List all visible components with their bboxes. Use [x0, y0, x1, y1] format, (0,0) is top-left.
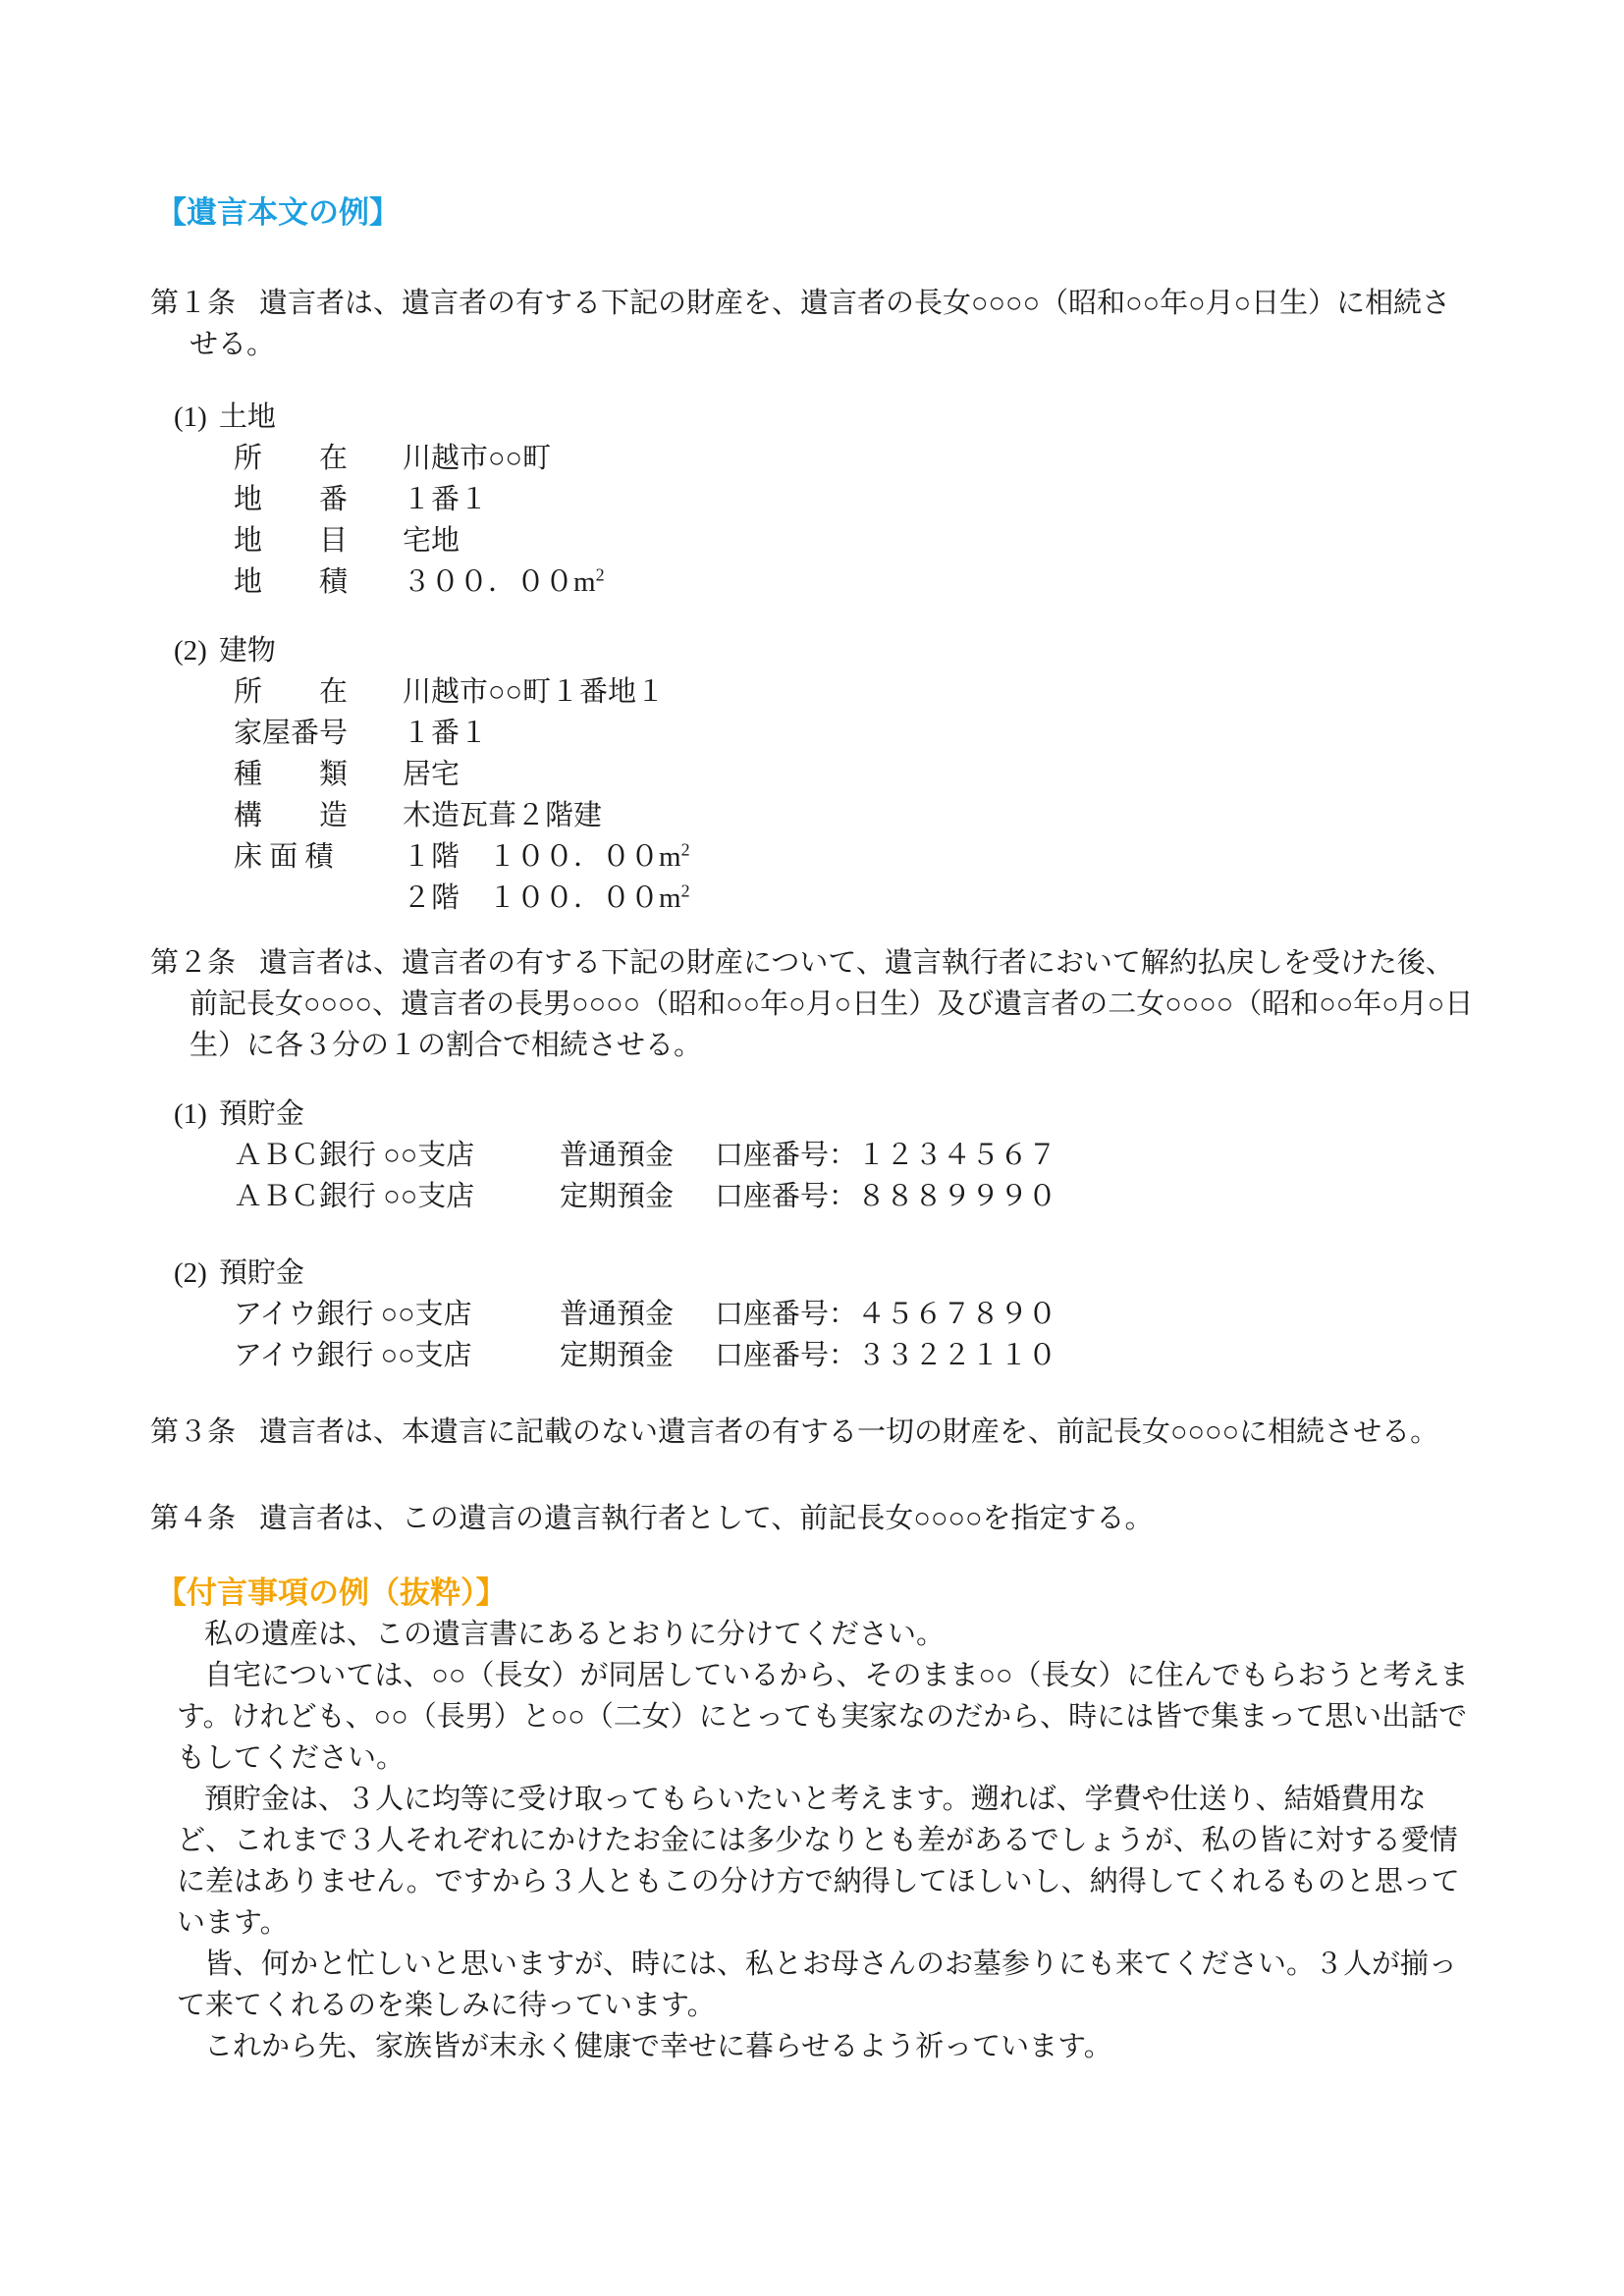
square-meter-unit: m2: [573, 566, 605, 598]
deposits-2-heading-name: 預貯金: [219, 1257, 304, 1289]
area-number: １階 １００．００: [403, 841, 659, 873]
bank-account-row: アイウ銀行 ○○支店普通預金口座番号：４５６７８９０: [234, 1294, 1477, 1335]
property-row: 地 番１番１: [234, 479, 1477, 520]
deposits-1-heading-number: (1): [174, 1098, 207, 1130]
area-number: ３００．００: [403, 566, 573, 598]
addendum-paragraph: 私の遺産は、この遺言書にあるとおりに分けてください。: [177, 1614, 1477, 1655]
deposits-1-heading: (1)預貯金: [174, 1094, 1477, 1135]
account-number: 口座番号：４５６７８９０: [715, 1294, 1056, 1335]
account-number: 口座番号：３３２２１１０: [715, 1335, 1056, 1376]
article-3: 第３条遺言者は、本遺言に記載のない遺言者の有する一切の財産を、前記長女○○○○に…: [150, 1412, 1477, 1453]
property-row: 床 面 積１階 １００．００m2: [234, 836, 1477, 878]
building-heading-number: (2): [174, 635, 207, 667]
property-row: 所 在川越市○○町: [234, 438, 1477, 479]
account-type: 定期預金: [560, 1335, 715, 1376]
article-1-text: 遺言者は、遺言者の有する下記の財産を、遺言者の長女○○○○（昭和○○年○月○日生…: [189, 288, 1450, 360]
building-heading-name: 建物: [219, 635, 276, 667]
article-1-label: 第１条: [150, 288, 236, 319]
deposits-block-2: (2)預貯金 アイウ銀行 ○○支店普通預金口座番号：４５６７８９０ アイウ銀行 …: [174, 1253, 1477, 1376]
article-1: 第１条遺言者は、遺言者の有する下記の財産を、遺言者の長女○○○○（昭和○○年○月…: [150, 283, 1477, 365]
article-2-label: 第２条: [150, 947, 236, 979]
addendum-body: 私の遺産は、この遺言書にあるとおりに分けてください。 自宅については、○○（長女…: [177, 1614, 1477, 2067]
bank-account-row: アイウ銀行 ○○支店定期預金口座番号：３３２２１１０: [234, 1335, 1477, 1376]
property-row: ２階 １００．００m2: [234, 878, 1477, 919]
property-value: 川越市○○町: [403, 443, 551, 474]
account-type: 普通預金: [560, 1135, 715, 1176]
unit-base: m: [659, 841, 681, 873]
property-value: 居宅: [403, 759, 460, 790]
property-label: 所 在: [234, 671, 350, 713]
square-meter-unit: m2: [659, 882, 690, 914]
unit-base: m: [659, 882, 681, 914]
property-row: 地 積３００．００m2: [234, 561, 1477, 603]
property-value: １番１: [403, 718, 488, 749]
property-label: 地 積: [234, 561, 350, 603]
article-4-text: 遺言者は、この遺言の遺言執行者として、前記長女○○○○を指定する。: [259, 1503, 1154, 1534]
land-block: (1)土地 所 在川越市○○町 地 番１番１ 地 目宅地 地 積３００．００m2: [174, 397, 1477, 603]
account-number: 口座番号：８８８９９９０: [715, 1176, 1056, 1217]
bank-account-row: ＡＢＣ銀行 ○○支店定期預金口座番号：８８８９９９０: [234, 1176, 1477, 1217]
property-label: 地 目: [234, 520, 350, 561]
property-value: ３００．００m2: [403, 566, 605, 598]
deposits-1-heading-name: 預貯金: [219, 1098, 304, 1130]
bank-branch: ＡＢＣ銀行 ○○支店: [234, 1176, 560, 1217]
building-block: (2)建物 所 在川越市○○町１番地１ 家屋番号１番１ 種 類居宅 構 造木造瓦…: [174, 630, 1477, 919]
property-label: 所 在: [234, 438, 350, 479]
unit-exponent: 2: [681, 839, 690, 859]
property-row: 種 類居宅: [234, 754, 1477, 795]
deposits-2-heading: (2)預貯金: [174, 1253, 1477, 1294]
addendum-paragraph: 預貯金は、３人に均等に受け取ってもらいたいと考えます。遡れば、学費や仕送り、結婚…: [177, 1779, 1477, 1944]
property-row: 所 在川越市○○町１番地１: [234, 671, 1477, 713]
article-3-text: 遺言者は、本遺言に記載のない遺言者の有する一切の財産を、前記長女○○○○に相続さ…: [259, 1416, 1438, 1448]
property-value: 木造瓦葺２階建: [403, 800, 602, 831]
main-section-title: 【遺言本文の例】: [156, 192, 1477, 234]
property-value: 川越市○○町１番地１: [403, 676, 665, 708]
article-4-label: 第４条: [150, 1503, 236, 1534]
article-2: 第２条遺言者は、遺言者の有する下記の財産について、遺言執行者において解約払戻しを…: [150, 942, 1477, 1066]
unit-base: m: [573, 566, 596, 598]
deposits-block-1: (1)預貯金 ＡＢＣ銀行 ○○支店普通預金口座番号：１２３４５６７ ＡＢＣ銀行 …: [174, 1094, 1477, 1217]
article-2-text: 遺言者は、遺言者の有する下記の財産について、遺言執行者において解約払戻しを受けた…: [189, 947, 1473, 1061]
square-meter-unit: m2: [659, 841, 690, 873]
property-label: 種 類: [234, 754, 350, 795]
property-label: 地 番: [234, 479, 350, 520]
land-heading-number: (1): [174, 401, 207, 433]
property-label: 家屋番号: [234, 713, 350, 754]
land-heading-name: 土地: [219, 401, 276, 433]
account-number: 口座番号：１２３４５６７: [715, 1135, 1056, 1176]
article-4: 第４条遺言者は、この遺言の遺言執行者として、前記長女○○○○を指定する。: [150, 1498, 1477, 1539]
document-page: 【遺言本文の例】 第１条遺言者は、遺言者の有する下記の財産を、遺言者の長女○○○…: [0, 0, 1624, 2296]
addendum-paragraph: 自宅については、○○（長女）が同居しているから、そのまま○○（長女）に住んでもら…: [177, 1655, 1477, 1779]
article-3-label: 第３条: [150, 1416, 236, 1448]
property-value: 宅地: [403, 525, 460, 557]
account-type: 定期預金: [560, 1176, 715, 1217]
bank-branch: アイウ銀行 ○○支店: [234, 1294, 560, 1335]
addendum-paragraph: これから先、家族皆が末永く健康で幸せに暮らせるよう祈っています。: [177, 2026, 1477, 2067]
bank-branch: ＡＢＣ銀行 ○○支店: [234, 1135, 560, 1176]
property-value: ２階 １００．００m2: [403, 882, 690, 914]
property-row: 家屋番号１番１: [234, 713, 1477, 754]
deposits-2-heading-number: (2): [174, 1257, 207, 1289]
property-value: １番１: [403, 484, 488, 515]
property-label: 床 面 積: [234, 836, 350, 878]
unit-exponent: 2: [681, 881, 690, 900]
property-row: 地 目宅地: [234, 520, 1477, 561]
account-type: 普通預金: [560, 1294, 715, 1335]
bank-branch: アイウ銀行 ○○支店: [234, 1335, 560, 1376]
bank-account-row: ＡＢＣ銀行 ○○支店普通預金口座番号：１２３４５６７: [234, 1135, 1477, 1176]
addendum-section-title: 【付言事項の例（抜粋）】: [156, 1573, 1477, 1614]
property-value: １階 １００．００m2: [403, 841, 690, 873]
unit-exponent: 2: [596, 564, 605, 584]
building-heading: (2)建物: [174, 630, 1477, 671]
area-number: ２階 １００．００: [403, 882, 659, 914]
property-row: 構 造木造瓦葺２階建: [234, 795, 1477, 836]
property-label: 構 造: [234, 795, 350, 836]
addendum-paragraph: 皆、何かと忙しいと思いますが、時には、私とお母さんのお墓参りにも来てください。３…: [177, 1944, 1477, 2026]
land-heading: (1)土地: [174, 397, 1477, 438]
